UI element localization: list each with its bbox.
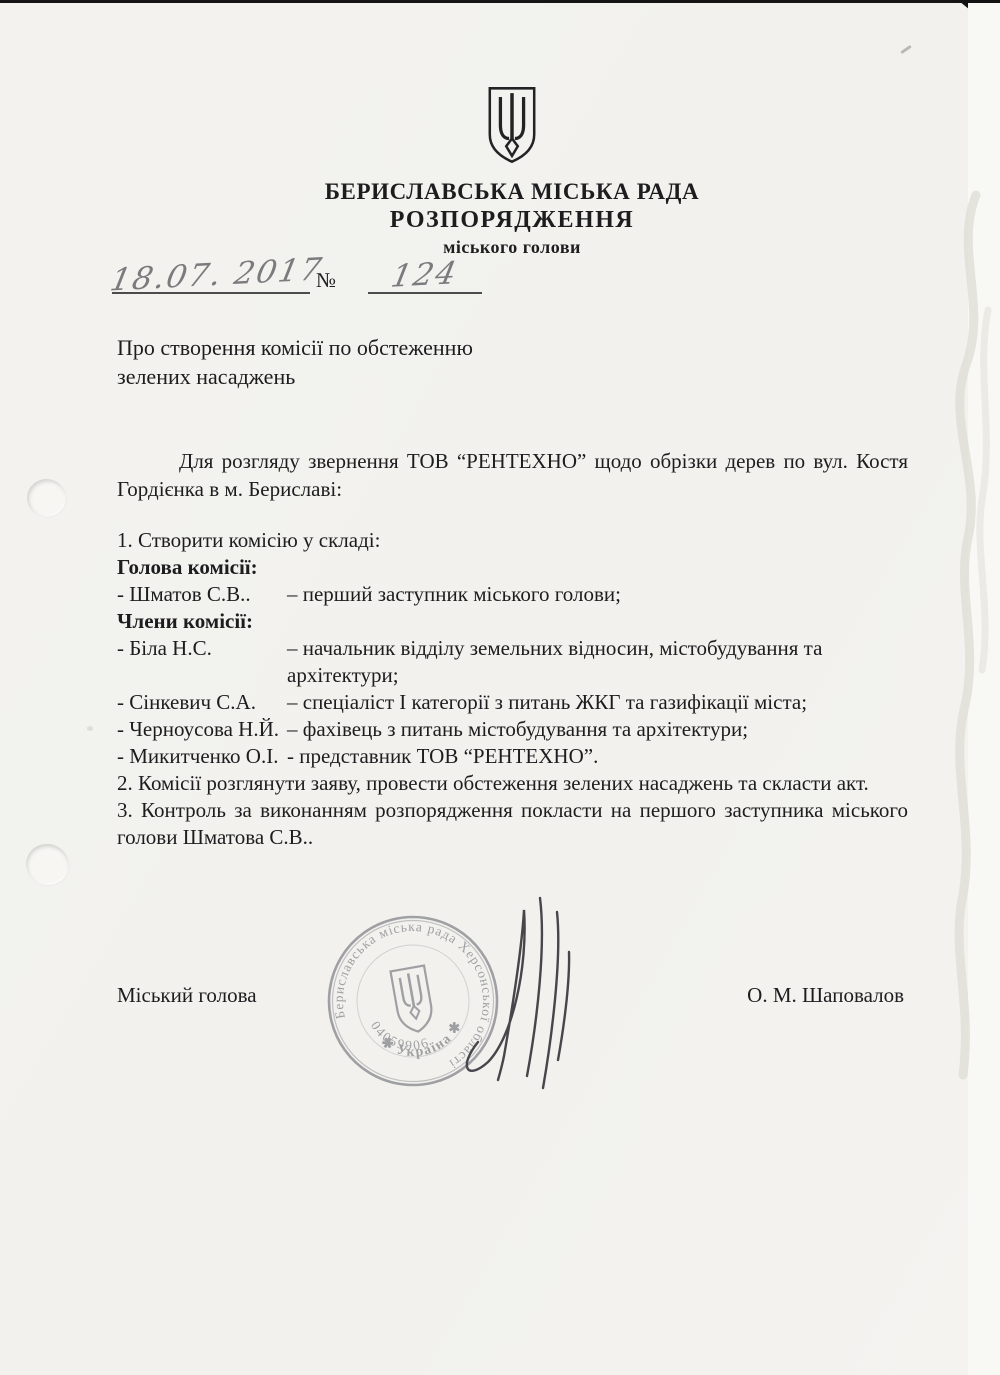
member-row: - Біла Н.С. – начальник відділу земельни… [117, 635, 908, 689]
member-name: - Біла Н.С. [117, 635, 287, 689]
date-field: 18.07. 2017 [112, 258, 310, 294]
coat-of-arms-icon [484, 84, 540, 166]
chair-row: - Шматов С.В.. – перший заступник місько… [117, 581, 908, 608]
scanned-document-page: БЕРИСЛАВСЬКА МІСЬКА РАДА РОЗПОРЯДЖЕННЯ м… [0, 0, 1000, 1375]
member-role: – фахівець з питань містобудування та ар… [287, 716, 908, 743]
member-row: - Микитченко О.І. - представник ТОВ “РЕН… [117, 743, 908, 770]
order-item-2: 2. Комісії розглянути заяву, провести об… [117, 770, 908, 797]
ink-bleed-through [936, 190, 998, 1090]
signer-position: Міський голова [117, 983, 257, 1008]
member-row: - Сінкевич С.А. – спеціаліст І категорії… [117, 689, 908, 716]
subject-line-1: Про створення комісії по обстеженню [117, 333, 473, 362]
member-name: - Черноусова Н.Й. [117, 716, 287, 743]
pencil-mark [900, 45, 912, 54]
document-header: БЕРИСЛАВСЬКА МІСЬКА РАДА РОЗПОРЯДЖЕННЯ м… [117, 84, 907, 258]
order-item-3: 3. Контроль за виконанням розпорядження … [117, 797, 908, 851]
punch-hole-bottom [21, 838, 75, 890]
member-row: - Черноусова Н.Й. – фахівець з питань мі… [117, 716, 908, 743]
issuer-subtitle: міського голови [117, 237, 907, 258]
subject-title: Про створення комісії по обстеженню зеле… [117, 333, 473, 391]
subject-line-2: зелених насаджень [117, 362, 473, 391]
stamp-coat-of-arms-icon [391, 966, 436, 1035]
member-role: – спеціаліст І категорії з питань ЖКГ та… [287, 689, 908, 716]
member-name: - Микитченко О.І. [117, 743, 287, 770]
order-body: 1. Створити комісію у складі: Голова ком… [117, 527, 908, 851]
date-number-line: 18.07. 2017 № 124 [112, 258, 482, 294]
scan-speck [87, 726, 93, 731]
organization-name: БЕРИСЛАВСЬКА МІСЬКА РАДА [117, 179, 907, 205]
member-role: - представник ТОВ “РЕНТЕХНО”. [287, 743, 908, 770]
chair-label: Голова комісії: [117, 554, 908, 581]
punch-hole-top [27, 479, 66, 517]
signer-name: О. М. Шаповалов [747, 983, 904, 1008]
scan-top-edge-artifact [0, 0, 1000, 3]
intro-paragraph: Для розгляду звернення ТОВ “РЕНТЕХНО” що… [117, 447, 908, 503]
handwritten-number: 124 [389, 256, 462, 293]
signature-ink [450, 890, 600, 1095]
members-label: Члени комісії: [117, 608, 908, 635]
handwritten-date: 18.07. 2017 [107, 253, 325, 298]
document-type-title: РОЗПОРЯДЖЕННЯ [117, 207, 907, 234]
chair-role: – перший заступник міського голови; [287, 581, 908, 608]
chair-name: - Шматов С.В.. [117, 581, 287, 608]
order-item-1: 1. Створити комісію у складі: [117, 527, 908, 554]
member-role: – начальник відділу земельних відносин, … [287, 635, 908, 689]
number-field: 124 [368, 258, 482, 294]
member-name: - Сінкевич С.А. [117, 689, 287, 716]
